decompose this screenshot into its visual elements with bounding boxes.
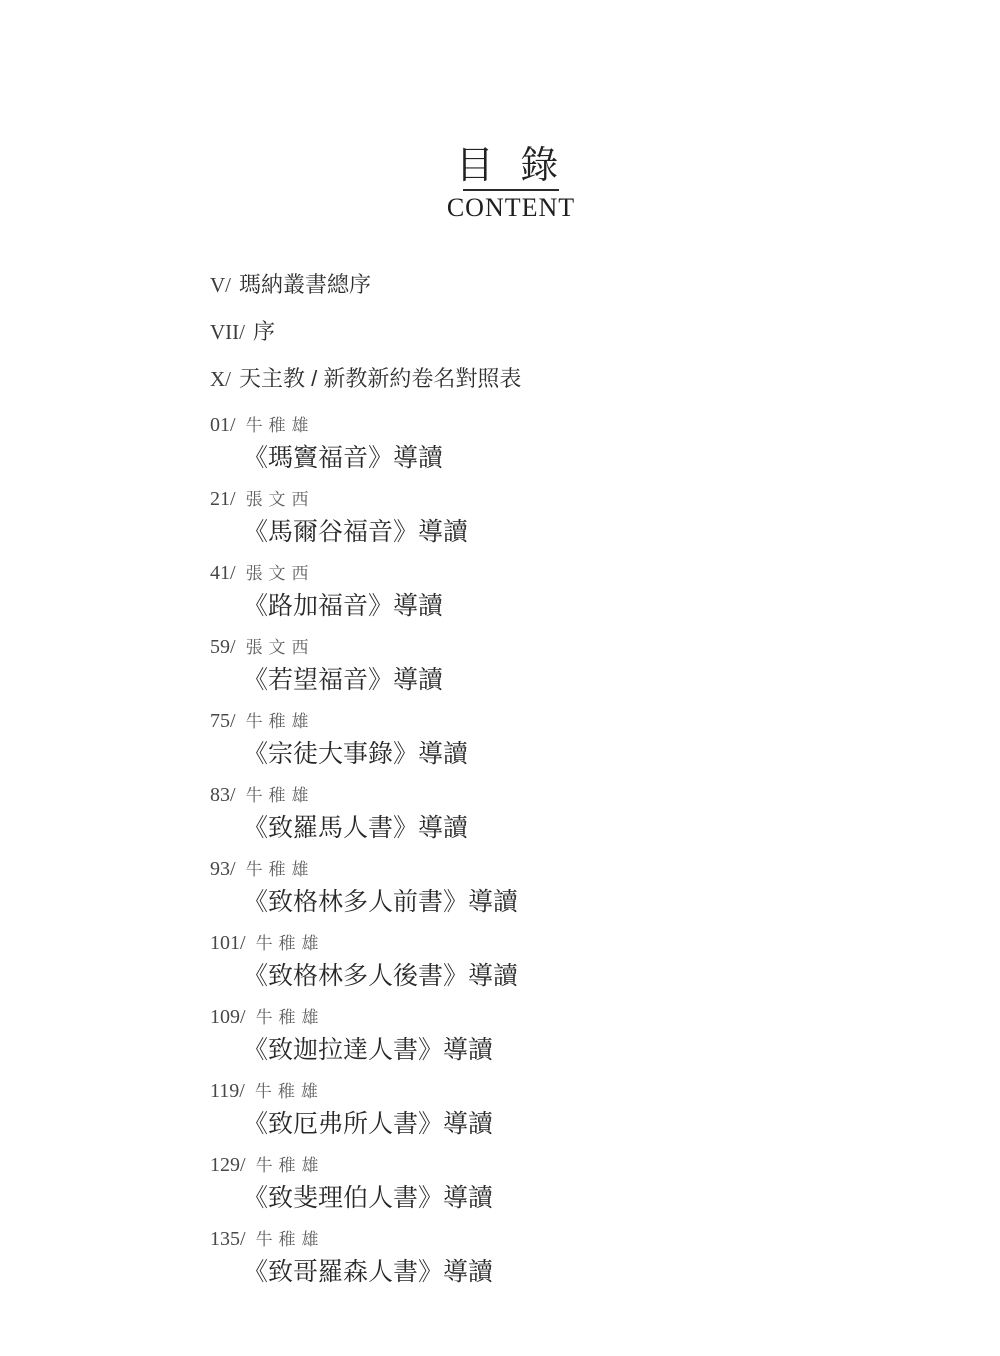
page-number: 101/ <box>210 932 246 954</box>
toc-entry-head: 01/牛稚雄 <box>210 414 850 438</box>
book-title: 《致迦拉達人書》導讀 <box>210 1035 850 1065</box>
page-number: 119/ <box>210 1080 245 1102</box>
book-title: 《馬爾谷福音》導讀 <box>210 517 850 547</box>
book-title: 《致斐理伯人書》導讀 <box>210 1183 850 1213</box>
page-title: 目 錄 <box>22 146 1000 186</box>
toc-entry-head: 41/張文西 <box>210 562 850 586</box>
entries-list: 01/牛稚雄 《瑪竇福音》導讀 21/張文西 《馬爾谷福音》導讀 41/張文西 … <box>210 414 850 1287</box>
author-name: 牛稚雄 <box>256 934 325 953</box>
section-label: 序 <box>253 319 275 344</box>
author-name: 牛稚雄 <box>246 712 315 731</box>
author-name: 牛稚雄 <box>256 1230 325 1249</box>
front-matter-row: X/天主教 / 新教新約卷名對照表 <box>210 367 850 394</box>
book-title: 《致格林多人後書》導讀 <box>210 961 850 991</box>
author-name: 牛稚雄 <box>246 860 315 879</box>
toc-entry: 59/張文西 《若望福音》導讀 <box>210 636 850 695</box>
toc-entry: 01/牛稚雄 《瑪竇福音》導讀 <box>210 414 850 473</box>
front-matter-row: VII/序 <box>210 320 850 347</box>
page-number: 21/ <box>210 488 236 510</box>
page-number: 93/ <box>210 858 236 880</box>
page-number: 135/ <box>210 1228 246 1250</box>
toc-entry: 75/牛稚雄 《宗徒大事錄》導讀 <box>210 710 850 769</box>
author-name: 牛稚雄 <box>246 786 315 805</box>
toc-entry: 21/張文西 《馬爾谷福音》導讀 <box>210 488 850 547</box>
author-name: 張文西 <box>246 638 315 657</box>
book-title: 《致羅馬人書》導讀 <box>210 813 850 843</box>
author-name: 牛稚雄 <box>246 416 315 435</box>
toc-page: 目 錄 CONTENT V/瑪納叢書總序 VII/序 X/天主教 / 新教新約卷… <box>0 0 1000 1356</box>
toc-entry-head: 21/張文西 <box>210 488 850 512</box>
front-matter-list: V/瑪納叢書總序 VII/序 X/天主教 / 新教新約卷名對照表 <box>210 273 850 394</box>
toc-entry: 119/牛稚雄 《致厄弗所人書》導讀 <box>210 1080 850 1139</box>
author-name: 張文西 <box>246 564 315 583</box>
toc-entry-head: 83/牛稚雄 <box>210 784 850 808</box>
toc-entry: 129/牛稚雄 《致斐理伯人書》導讀 <box>210 1154 850 1213</box>
toc-entry: 93/牛稚雄 《致格林多人前書》導讀 <box>210 858 850 917</box>
toc-entry-head: 129/牛稚雄 <box>210 1154 850 1178</box>
section-label: 天主教 / 新教新約卷名對照表 <box>239 366 521 391</box>
page-header: 目 錄 CONTENT <box>22 0 1000 223</box>
page-number: 01/ <box>210 414 236 436</box>
toc-entry-head: 59/張文西 <box>210 636 850 660</box>
toc-entry-head: 93/牛稚雄 <box>210 858 850 882</box>
page-number: 83/ <box>210 784 236 806</box>
book-title: 《若望福音》導讀 <box>210 665 850 695</box>
toc-entry: 101/牛稚雄 《致格林多人後書》導讀 <box>210 932 850 991</box>
book-title: 《路加福音》導讀 <box>210 591 850 621</box>
author-name: 牛稚雄 <box>255 1082 324 1101</box>
book-title: 《宗徒大事錄》導讀 <box>210 739 850 769</box>
toc-entry-head: 135/牛稚雄 <box>210 1228 850 1252</box>
toc-entry: 41/張文西 《路加福音》導讀 <box>210 562 850 621</box>
toc-entry-head: 119/牛稚雄 <box>210 1080 850 1104</box>
toc-entry: 135/牛稚雄 《致哥羅森人書》導讀 <box>210 1228 850 1287</box>
front-matter-row: V/瑪納叢書總序 <box>210 273 850 300</box>
page-number: 129/ <box>210 1154 246 1176</box>
page-number: VII/ <box>210 320 245 344</box>
book-title: 《瑪竇福音》導讀 <box>210 443 850 473</box>
toc-entry-head: 75/牛稚雄 <box>210 710 850 734</box>
section-label: 瑪納叢書總序 <box>239 272 371 297</box>
author-name: 牛稚雄 <box>256 1008 325 1027</box>
toc-entry-head: 101/牛稚雄 <box>210 932 850 956</box>
table-of-contents: V/瑪納叢書總序 VII/序 X/天主教 / 新教新約卷名對照表 01/牛稚雄 … <box>210 273 850 1287</box>
author-name: 牛稚雄 <box>256 1156 325 1175</box>
book-title: 《致厄弗所人書》導讀 <box>210 1109 850 1139</box>
page-number: 41/ <box>210 562 236 584</box>
page-number: 59/ <box>210 636 236 658</box>
book-title: 《致哥羅森人書》導讀 <box>210 1257 850 1287</box>
toc-entry: 109/牛稚雄 《致迦拉達人書》導讀 <box>210 1006 850 1065</box>
page-number: 75/ <box>210 710 236 732</box>
book-title: 《致格林多人前書》導讀 <box>210 887 850 917</box>
author-name: 張文西 <box>246 490 315 509</box>
page-subtitle: CONTENT <box>22 193 1000 223</box>
page-number: V/ <box>210 273 231 297</box>
page-number: 109/ <box>210 1006 246 1028</box>
title-underline <box>463 189 559 191</box>
toc-entry: 83/牛稚雄 《致羅馬人書》導讀 <box>210 784 850 843</box>
toc-entry-head: 109/牛稚雄 <box>210 1006 850 1030</box>
page-number: X/ <box>210 367 231 391</box>
